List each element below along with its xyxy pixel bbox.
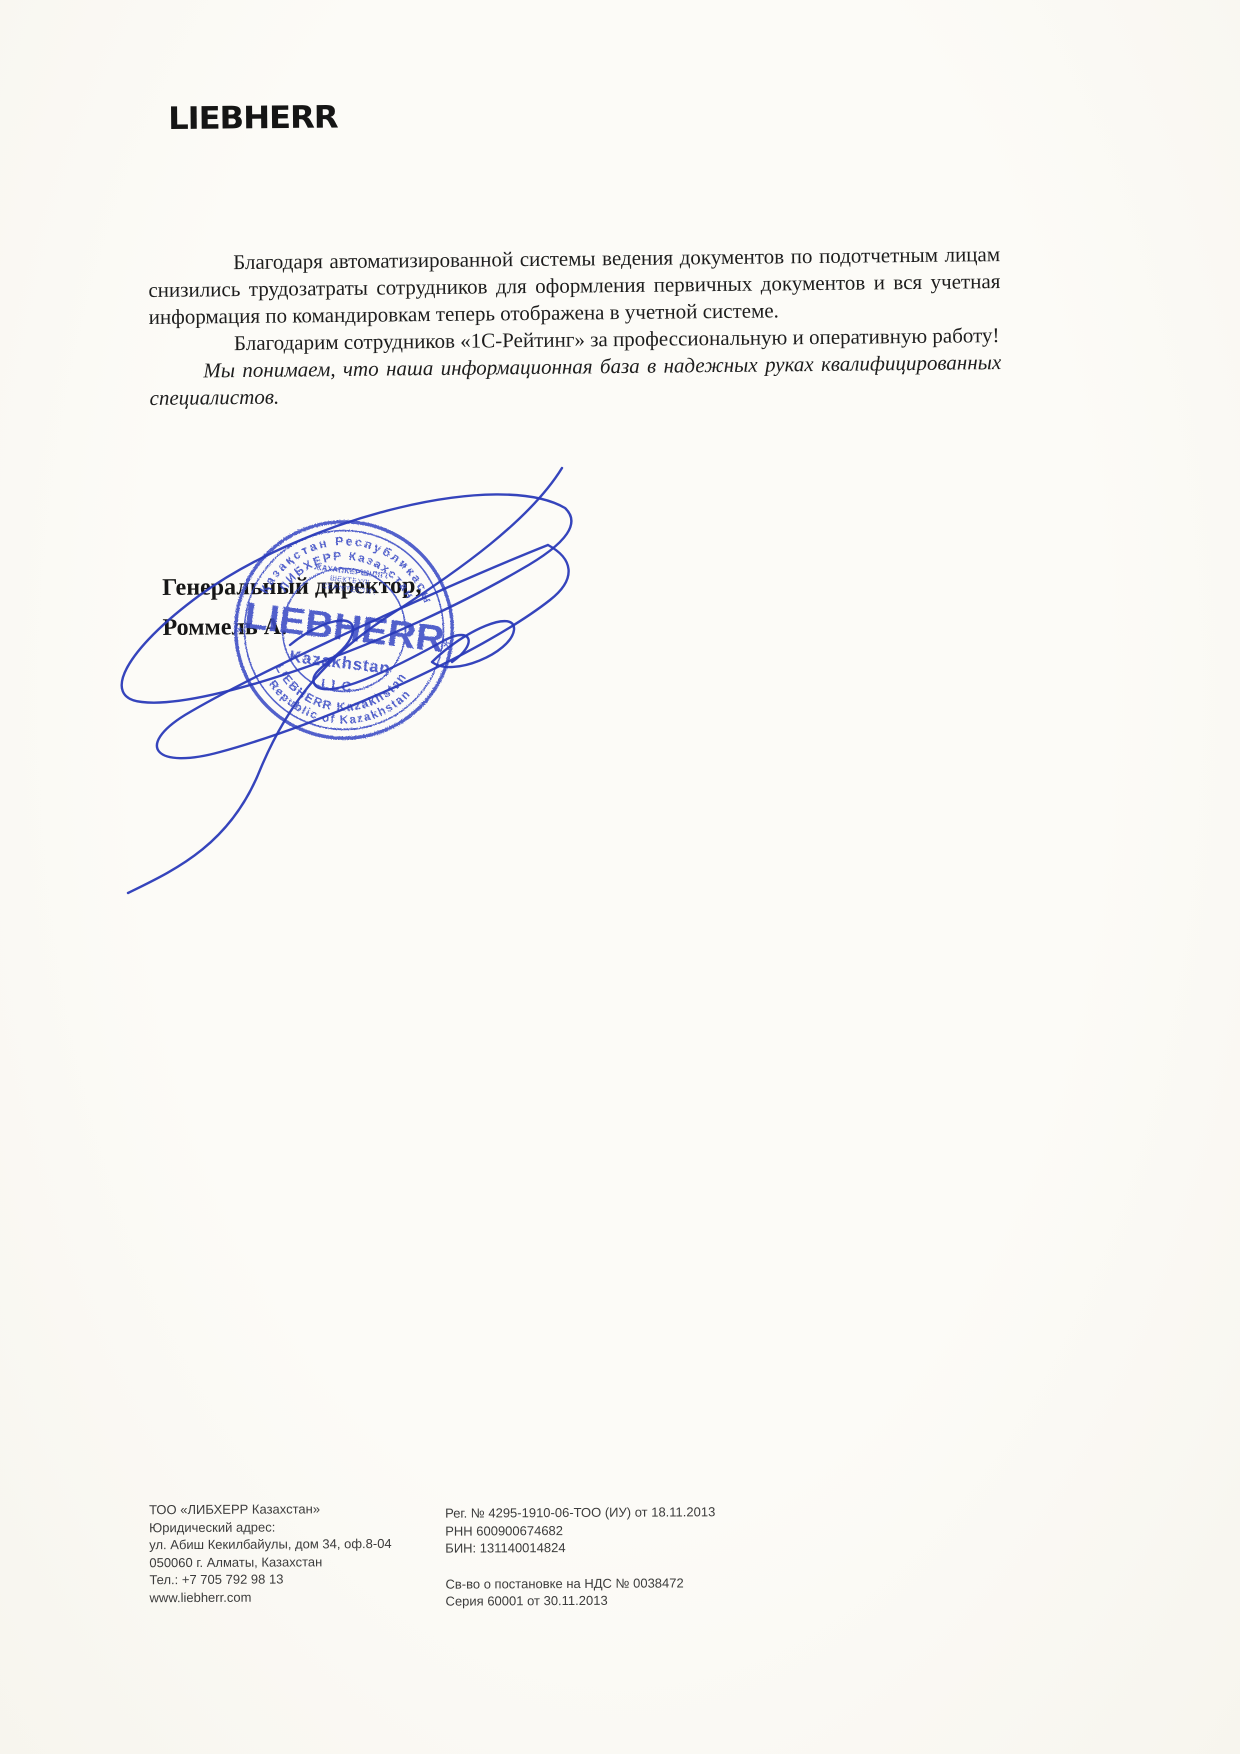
footer-registration-group: Рег. № 4295-1910-06-ТОО (ИУ) от 18.11.20… [445,1503,716,1557]
footer-line: 050060 г. Алматы, Казахстан [149,1552,391,1571]
footer-right-column: Рег. № 4295-1910-06-ТОО (ИУ) от 18.11.20… [445,1503,716,1610]
scanned-letter-page: LIEBHERR Благодаря автоматизированной си… [0,0,1240,1754]
footer-line: БИН: 131140014824 [445,1538,715,1557]
footer-line: ул. Абиш Кекилбайулы, дом 34, оф.8-04 [149,1535,391,1554]
paragraph-trust: Мы понимаем, что наша информационная баз… [149,349,1002,412]
handwritten-signature [80,430,620,910]
signature-stroke [128,468,562,893]
footer-vat-group: Св-во о постановке на НДС № 0038472Серия… [445,1574,715,1610]
footer-line: Юридический адрес: [149,1517,391,1536]
paragraph-automation: Благодаря автоматизированной системы вед… [148,241,1001,331]
signature-stroke [122,494,572,702]
footer-line: Св-во о постановке на НДС № 0038472 [445,1574,715,1593]
signature-stroke [290,621,469,690]
footer-line: Тел.: +7 705 792 98 13 [149,1570,391,1589]
liebherr-logo: LIEBHERR [168,100,338,137]
footer-line: www.liebherr.com [149,1587,391,1606]
footer-line: Серия 60001 от 30.11.2013 [445,1591,715,1610]
letter-body: Благодаря автоматизированной системы вед… [148,241,1002,412]
signature-stroke [432,621,514,667]
footer-line: ТОО «ЛИБХЕРР Казахстан» [149,1500,391,1519]
footer-left-column: ТОО «ЛИБХЕРР Казахстан»Юридический адрес… [149,1500,392,1606]
footer-line: РНН 600900674682 [445,1521,715,1540]
footer: ТОО «ЛИБХЕРР Казахстан»Юридический адрес… [0,1494,1240,1500]
footer-line: Рег. № 4295-1910-06-ТОО (ИУ) от 18.11.20… [445,1503,715,1522]
